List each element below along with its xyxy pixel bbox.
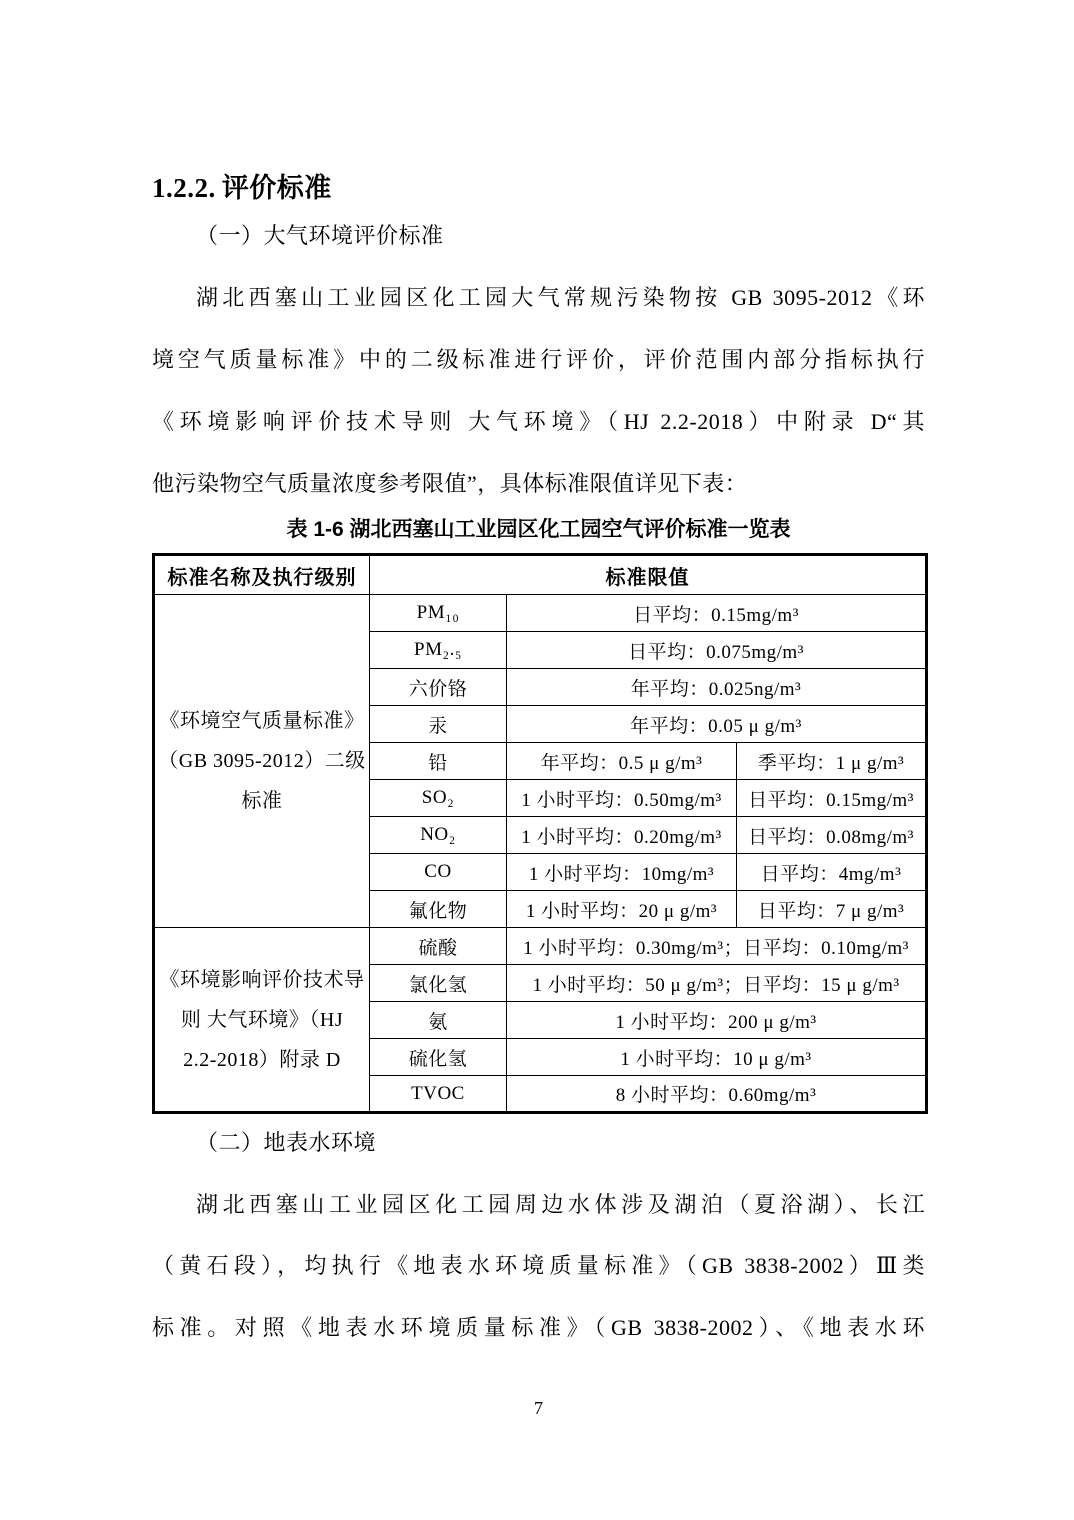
limit-day-cell: 日平均：0.08mg/m³ [737,817,927,854]
pollutant-cell: PM₂.₅ [370,632,507,669]
limit-cell: 日平均：0.075mg/m³ [507,632,927,669]
subsection-heading-air: （一）大气环境评价标准 [152,221,925,251]
section-title: 评价标准 [222,173,332,203]
pollutant-cell: TVOC [370,1076,507,1113]
limit-hour-cell: 1 小时平均：20 μ g/m³ [507,891,737,928]
limit-cell: 1 小时平均：10 μ g/m³ [507,1039,927,1076]
limit-day-cell: 日平均：4mg/m³ [737,854,927,891]
section-number: 1.2.2. [152,173,216,203]
paragraph-line: 他污染物空气质量浓度参考限值”，具体标准限值详见下表： [152,469,925,499]
group-name-line: （GB 3095-2012）二级 [155,741,369,781]
limit-cell: 1 小时平均：50 μ g/m³；日平均：15 μ g/m³ [507,965,927,1002]
group-name-line: 则 大气环境》（HJ [155,1000,369,1040]
group-name-line: 《环境影响评价技术导 [155,960,369,1000]
group-name-line: 《环境空气质量标准》 [155,701,369,741]
limit-cell: 日平均：0.15mg/m³ [507,595,927,632]
limit-hour-cell: 1 小时平均：10mg/m³ [507,854,737,891]
pollutant-cell: PM₁₀ [370,595,507,632]
section-heading: 1.2.2.评价标准 [152,166,332,205]
pollutant-cell: 铅 [370,743,507,780]
pollutant-cell: CO [370,854,507,891]
table-caption: 表 1-6 湖北西塞山工业园区化工园空气评价标准一览表 [152,516,925,544]
subsection-heading-water: （二）地表水环境 [152,1128,925,1158]
paragraph-line: （黄石段），均执行《地表水环境质量标准》（GB 3838-2002）Ⅲ类 [152,1251,925,1281]
pollutant-cell: 硫酸 [370,928,507,965]
group-name-line: 标准 [155,781,369,821]
group-name-line: 2.2-2018）附录 D [155,1040,369,1080]
standard-group-cell: 《环境空气质量标准》 （GB 3095-2012）二级 标准 [154,595,370,928]
limit-hour-cell: 1 小时平均：0.20mg/m³ [507,817,737,854]
paragraph-line: 湖北西塞山工业园区化工园大气常规污染物按 GB 3095-2012《环 [152,283,925,313]
limit-cell: 8 小时平均：0.60mg/m³ [507,1076,927,1113]
limit-hour-cell: 1 小时平均：0.50mg/m³ [507,780,737,817]
limit-cell: 1 小时平均：200 μ g/m³ [507,1002,927,1039]
limit-day-cell: 季平均：1 μ g/m³ [737,743,927,780]
pollutant-cell: 六价铬 [370,669,507,706]
limit-hour-cell: 年平均：0.5 μ g/m³ [507,743,737,780]
paragraph-line: 境空气质量标准》中的二级标准进行评价，评价范围内部分指标执行 [152,345,925,375]
standard-group-cell: 《环境影响评价技术导 则 大气环境》（HJ 2.2-2018）附录 D [154,928,370,1113]
limit-cell: 年平均：0.025ng/m³ [507,669,927,706]
pollutant-cell: 氯化氢 [370,965,507,1002]
paragraph-line: 标准。对照《地表水环境质量标准》（GB 3838-2002）、《地表水环 [152,1313,925,1343]
table-header-name: 标准名称及执行级别 [154,555,370,595]
limit-cell: 年平均：0.05 μ g/m³ [507,706,927,743]
pollutant-cell: 氨 [370,1002,507,1039]
page-number: 7 [152,1398,925,1419]
pollutant-cell: SO₂ [370,780,507,817]
paragraph-line: 湖北西塞山工业园区化工园周边水体涉及湖泊（夏浴湖）、长江 [152,1190,925,1220]
pollutant-cell: 硫化氢 [370,1039,507,1076]
paragraph-line: 《环境影响评价技术导则 大气环境》（HJ 2.2-2018）中附录 D“其 [152,407,925,437]
pollutant-cell: NO₂ [370,817,507,854]
limit-day-cell: 日平均：7 μ g/m³ [737,891,927,928]
air-quality-standards-table: 标准名称及执行级别 标准限值 《环境空气质量标准》 （GB 3095-2012）… [152,553,928,1114]
limit-day-cell: 日平均：0.15mg/m³ [737,780,927,817]
document-page: 1.2.2.评价标准 （一）大气环境评价标准 湖北西塞山工业园区化工园大气常规污… [0,0,1074,1520]
limit-cell: 1 小时平均：0.30mg/m³；日平均：0.10mg/m³ [507,928,927,965]
pollutant-cell: 氟化物 [370,891,507,928]
table-header-limit: 标准限值 [370,555,927,595]
pollutant-cell: 汞 [370,706,507,743]
